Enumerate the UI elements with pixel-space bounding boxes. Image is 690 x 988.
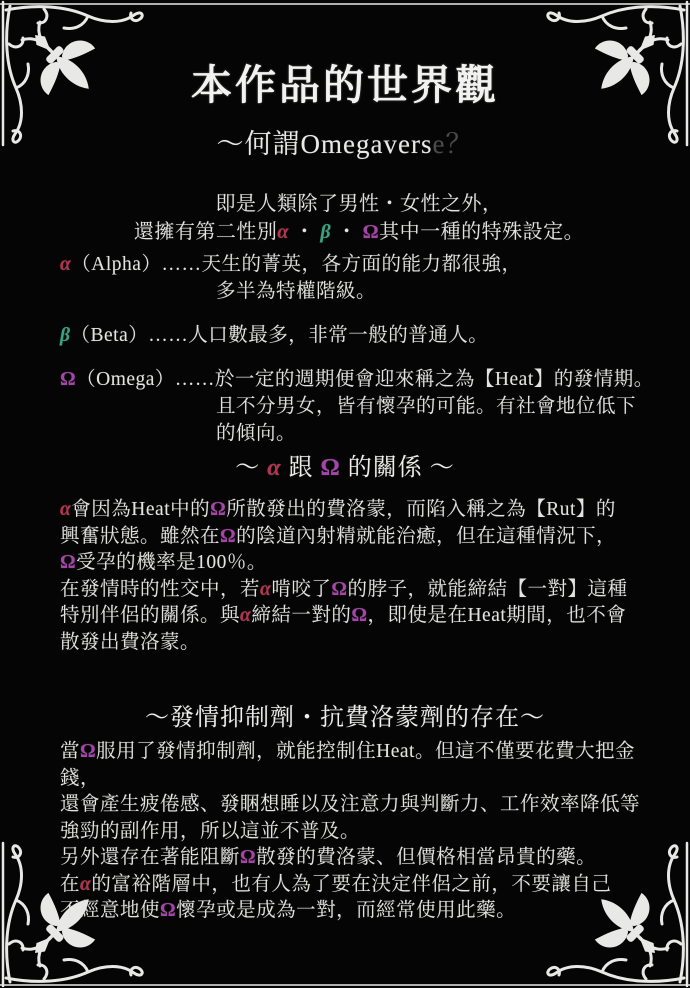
definition-omega-line-3: 的傾向。 — [60, 420, 658, 447]
beta-symbol: β — [60, 325, 71, 346]
subtitle-faded-text: e？ — [432, 129, 473, 159]
omega-symbol: Ω — [160, 900, 176, 921]
intro-line-2: 還擁有第二性別α ・ β ・ Ω其中一種的特殊設定。 — [60, 218, 658, 246]
suppressant-line-5: 在α的富裕階層中，也有人為了要在決定伴侶之前，不要讓自己 — [60, 872, 658, 899]
relation-paragraph: α會因為Heat中的Ω所散發出的費洛蒙，而陷入稱之為【Rut】的 興奮狀態。雖然… — [60, 497, 658, 656]
intro-paragraph: 即是人類除了男性・女性之外， 還擁有第二性別α ・ β ・ Ω其中一種的特殊設定… — [60, 190, 658, 246]
definition-beta-line-1: β（Beta）……人口數最多，非常一般的普通人。 — [60, 322, 658, 349]
alpha-symbol: α — [277, 221, 289, 243]
definition-alpha-line-2: 多半為特權階級。 — [60, 278, 658, 305]
omega-symbol: Ω — [220, 526, 236, 547]
omega-symbol: Ω — [363, 221, 380, 243]
omega-symbol: Ω — [210, 499, 226, 520]
omega-symbol: Ω — [321, 455, 341, 481]
definition-omega: Ω（Omega）……於一定的週期便會迎來稱之為【Heat】的發情期。 且不分男女… — [60, 366, 658, 447]
omega-symbol: Ω — [80, 741, 96, 762]
omega-symbol: Ω — [240, 847, 256, 868]
suppressant-line-2: 還會產生疲倦感、發睏想睡以及注意力與判斷力、工作效率降低等 — [60, 792, 658, 819]
omega-symbol: Ω — [331, 579, 347, 600]
omega-symbol: Ω — [60, 369, 76, 390]
page-title: 本作品的世界觀 — [0, 52, 690, 111]
relation-line-6: 散發出費洛蒙。 — [60, 630, 658, 657]
top-border-line — [0, 3, 690, 5]
definition-omega-line-2: 且不分男女，皆有懷孕的可能。有社會地位低下 — [60, 393, 658, 420]
subtitle: ～何謂Omegaverse？ — [0, 122, 690, 161]
suppressant-line-1: 當Ω服用了發情抑制劑，就能控制住Heat。但這不僅要花費大把金錢， — [60, 739, 658, 792]
intro-line-1: 即是人類除了男性・女性之外， — [60, 190, 658, 218]
beta-symbol: β — [320, 221, 331, 243]
section-heading-relation: ～ α 跟 Ω 的關係 ～ — [0, 447, 690, 482]
definition-alpha: α（Alpha）……天生的菁英，各方面的能力都很強， 多半為特權階級。 — [60, 251, 658, 305]
omega-symbol: Ω — [60, 552, 76, 573]
section-heading-suppressant: ～發情抑制劑・抗費洛蒙劑的存在～ — [0, 697, 690, 732]
worldview-info-page: 本作品的世界觀 ～何謂Omegaverse？ 即是人類除了男性・女性之外， 還擁… — [0, 0, 690, 988]
definition-beta: β（Beta）……人口數最多，非常一般的普通人。 — [60, 322, 658, 349]
alpha-symbol: α — [240, 605, 251, 626]
definition-alpha-line-1: α（Alpha）……天生的菁英，各方面的能力都很強， — [60, 251, 658, 278]
suppressant-line-3: 強勁的副作用，所以這並不普及。 — [60, 819, 658, 846]
suppressant-line-6: 不經意地使Ω懷孕或是成為一對，而經常使用此藥。 — [60, 898, 658, 925]
alpha-symbol: α — [260, 579, 271, 600]
bottom-border-line — [0, 984, 690, 986]
relation-line-4: 在發情時的性交中，若α啃咬了Ω的脖子，就能締結【一對】這種 — [60, 577, 658, 604]
alpha-symbol: α — [80, 874, 91, 895]
relation-line-1: α會因為Heat中的Ω所散發出的費洛蒙，而陷入稱之為【Rut】的 — [60, 497, 658, 524]
relation-line-3: Ω受孕的機率是100％。 — [60, 550, 658, 577]
definition-omega-line-1: Ω（Omega）……於一定的週期便會迎來稱之為【Heat】的發情期。 — [60, 366, 658, 393]
suppressant-line-4: 另外還存在著能阻斷Ω散發的費洛蒙、但價格相當昂貴的藥。 — [60, 845, 658, 872]
suppressant-paragraph: 當Ω服用了發情抑制劑，就能控制住Heat。但這不僅要花費大把金錢， 還會產生疲倦… — [60, 739, 658, 925]
alpha-symbol: α — [60, 499, 71, 520]
gender-definitions-list: α（Alpha）……天生的菁英，各方面的能力都很強， 多半為特權階級。 β（Be… — [60, 251, 658, 464]
relation-line-2: 興奮狀態。雖然在Ω的陰道內射精就能治癒，但在這種情況下， — [60, 524, 658, 551]
relation-line-5: 特別伴侶的關係。與α締結一對的Ω，即使是在Heat期間，也不會 — [60, 603, 658, 630]
subtitle-text: ～何謂Omegavers — [217, 129, 433, 159]
alpha-symbol: α — [267, 455, 281, 481]
omega-symbol: Ω — [351, 605, 367, 626]
alpha-symbol: α — [60, 254, 71, 275]
